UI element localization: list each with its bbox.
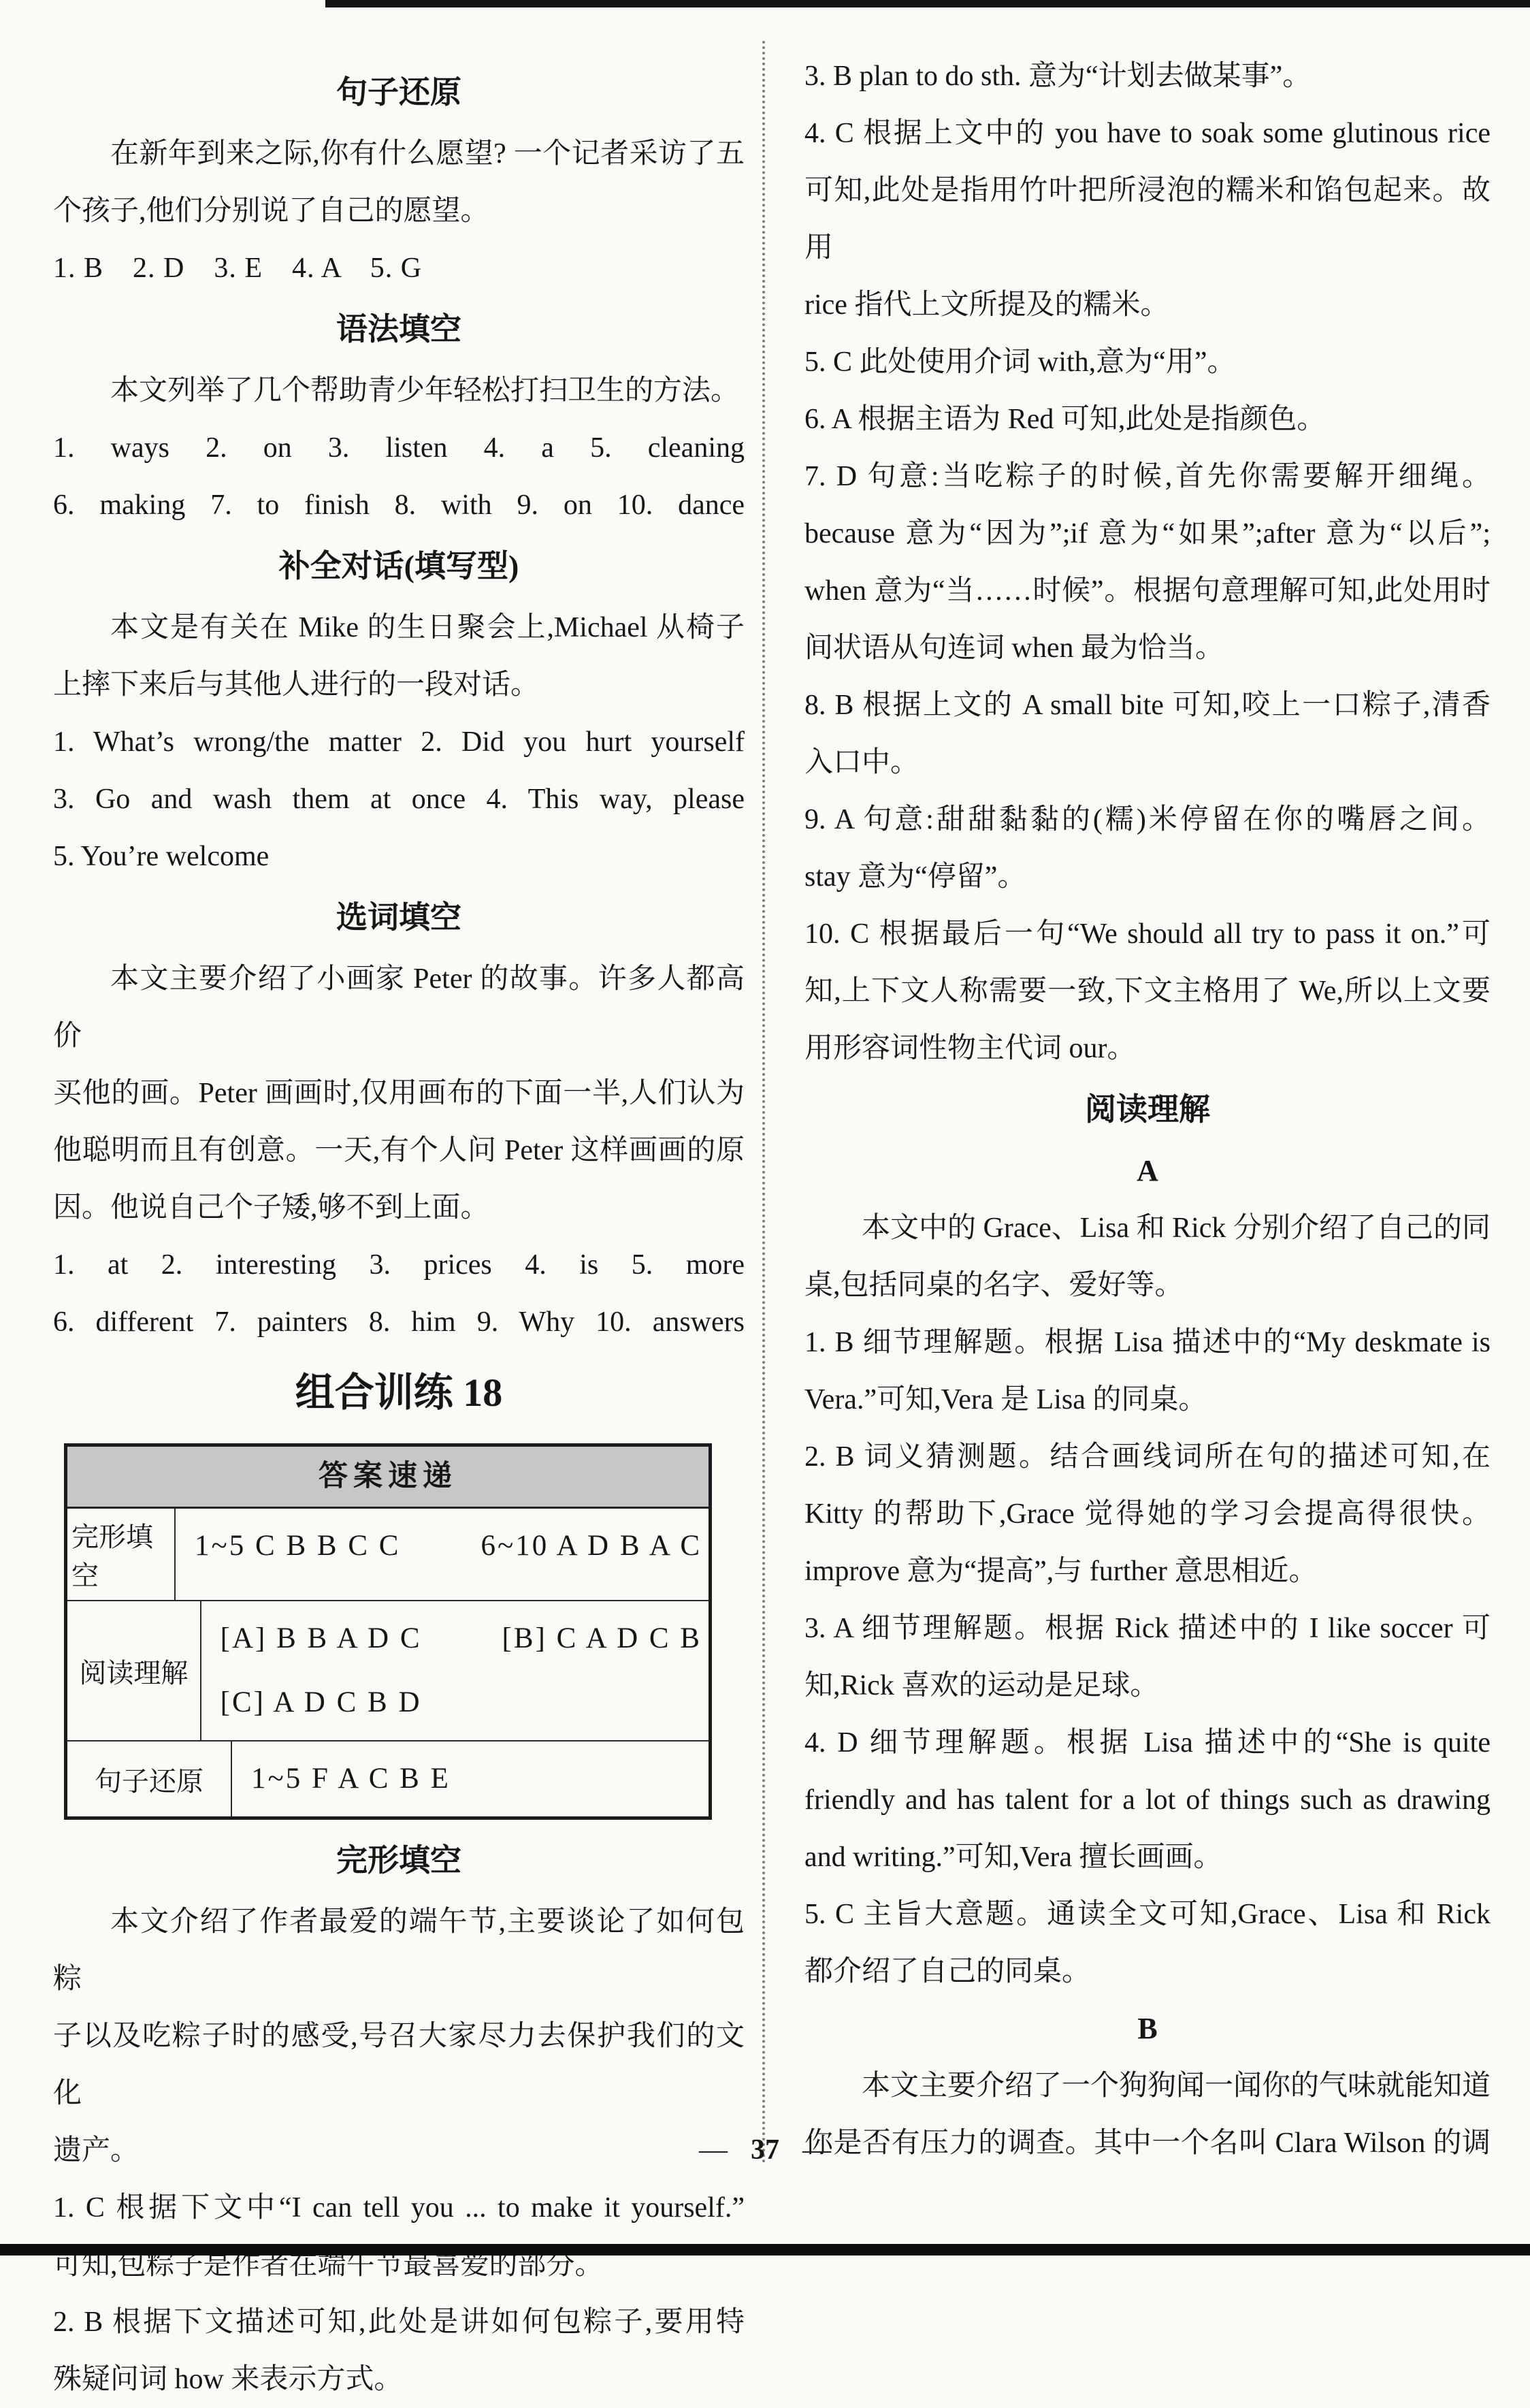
explanation-line: 7. D 句意:当吃粽子的时候,首先你需要解开细绳。 — [804, 448, 1491, 505]
answers-line: 3. Go and wash them at once 4. This way,… — [53, 771, 745, 828]
explanation-line: 知,上下文人称需要一致,下文主格用了 We,所以上文要 — [804, 963, 1491, 1020]
table-row-values: 1~5 F A C B E — [232, 1741, 709, 1816]
summary-line: 他聪明而且有创意。一天,有个人问 Peter 这样画画的原 — [53, 1122, 745, 1179]
answers-line: 1. at 2. interesting 3. prices 4. is 5. … — [53, 1236, 745, 1294]
explanation-line: 6. A 根据主语为 Red 可知,此处是指颜色。 — [804, 391, 1491, 448]
explanation-line: and writing.”可知,Vera 擅长画画。 — [804, 1829, 1491, 1886]
explanation-line: Vera.”可知,Vera 是 Lisa 的同桌。 — [804, 1371, 1491, 1428]
answers-line: 1. ways 2. on 3. listen 4. a 5. cleaning — [53, 419, 745, 477]
explanation-line: 9. A 句意:甜甜黏黏的(糯)米停留在你的嘴唇之间。 — [804, 791, 1491, 848]
passage-a-label: A — [804, 1142, 1491, 1200]
footer-right-dash: — — [802, 2134, 831, 2166]
summary-line: 本文介绍了作者最爱的端午节,主要谈论了如何包粽 — [53, 1893, 745, 2008]
footer-left-dash: — — [699, 2134, 728, 2166]
explanation-line: 入口中。 — [804, 734, 1491, 791]
explanation-line: rice 指代上文所提及的糯米。 — [804, 276, 1491, 334]
explanation-line: because 意为“因为”;if 意为“如果”;after 意为“以后”; — [804, 505, 1491, 562]
table-row-label: 句子还原 — [67, 1741, 232, 1816]
left-column: 句子还原 在新年到来之际,你有什么愿望? 一个记者采访了五 个孩子,他们分别说了… — [53, 60, 745, 2408]
table-row-values: 1~5 C B B C C 6~10 A D B A C — [176, 1509, 709, 1600]
summary-line: 本文中的 Grace、Lisa 和 Rick 分别介绍了自己的同 — [804, 1200, 1491, 1257]
column-divider — [762, 41, 765, 2165]
explanation-line: 5. C 此处使用介词 with,意为“用”。 — [804, 334, 1491, 391]
table-row: 完形填空 1~5 C B B C C 6~10 A D B A C — [67, 1509, 709, 1600]
explanation-line: stay 意为“停留”。 — [804, 848, 1491, 905]
explanation-line: 3. A 细节理解题。根据 Rick 描述中的 I like soccer 可 — [804, 1600, 1491, 1657]
explanation-line: 都介绍了自己的同桌。 — [804, 1943, 1491, 2000]
explanation-line: 2. B 词义猜测题。结合画线词所在句的描述可知,在 — [804, 1428, 1491, 1486]
page-number: 37 — [751, 2134, 779, 2166]
answer-summary-table: 答案速递 完形填空 1~5 C B B C C 6~10 A D B A C 阅… — [64, 1443, 712, 1820]
explanation-line: 2. B 根据下文描述可知,此处是讲如何包粽子,要用特 — [53, 2294, 745, 2351]
answers-line: 6. different 7. painters 8. him 9. Why 1… — [53, 1294, 745, 1351]
answer-group-line: [A] B B A D C [B] C A D C B — [221, 1607, 702, 1671]
table-row-label: 完形填空 — [67, 1509, 176, 1600]
summary-line: 本文主要介绍了小画家 Peter 的故事。许多人都高价 — [53, 950, 745, 1065]
section-heading-cloze: 完形填空 — [53, 1831, 745, 1891]
table-row-label: 阅读理解 — [67, 1601, 201, 1740]
table-row: 阅读理解 [A] B B A D C [B] C A D C B [C] A D… — [67, 1600, 709, 1740]
summary-line: 本文列举了几个帮助青少年轻松打扫卫生的方法。 — [53, 362, 745, 419]
summary-line: 子以及吃粽子时的感受,号召大家尽力去保护我们的文化 — [53, 2008, 745, 2122]
explanation-line: improve 意为“提高”,与 further 意思相近。 — [804, 1543, 1491, 1600]
explanation-line: 用形容词性物主代词 our。 — [804, 1020, 1491, 1077]
answer-group: 1~5 F A C B E — [251, 1747, 451, 1811]
answer-group-line: [C] A D C B D — [221, 1671, 702, 1735]
answers-line: 1. What’s wrong/the matter 2. Did you hu… — [53, 713, 745, 771]
explanation-line: 间状语从句连词 when 最为恰当。 — [804, 620, 1491, 677]
explanation-line: 5. C 主旨大意题。通读全文可知,Grace、Lisa 和 Rick — [804, 1886, 1491, 1943]
explanation-line: 10. C 根据最后一句“We should all try to pass i… — [804, 905, 1491, 963]
explanation-line: friendly and has talent for a lot of thi… — [804, 1771, 1491, 1829]
summary-line: 个孩子,他们分别说了自己的愿望。 — [53, 182, 745, 240]
scan-edge-top — [325, 0, 1530, 7]
explanation-line: 可知,此处是指用竹叶把所浸泡的糯米和馅包起来。故用 — [804, 162, 1491, 276]
answer-group: [A] B B A D C — [221, 1607, 422, 1671]
summary-line: 本文主要介绍了一个狗狗闻一闻你的气味就能知道 — [804, 2057, 1491, 2115]
summary-line: 因。他说自己个子矮,够不到上面。 — [53, 1179, 745, 1236]
section-heading-dialogue: 补全对话(填写型) — [53, 536, 745, 596]
summary-line: 本文是有关在 Mike 的生日聚会上,Michael 从椅子 — [53, 599, 745, 656]
explanation-line: 知,Rick 喜欢的运动是足球。 — [804, 1657, 1491, 1714]
section-heading-word-choice: 选词填空 — [53, 888, 745, 948]
answer-group-line: 1~5 F A C B E — [251, 1747, 702, 1811]
page-footer: —37— — [0, 2130, 1530, 2170]
passage-b-label: B — [804, 2000, 1491, 2057]
explanation-line: 殊疑问词 how 来表示方式。 — [53, 2351, 745, 2408]
explanation-line: Kitty 的帮助下,Grace 觉得她的学习会提高得很快。 — [804, 1486, 1491, 1543]
answer-group: 6~10 A D B A C — [481, 1514, 702, 1578]
explanation-line: 1. C 根据下文中“I can tell you ... to make it… — [53, 2179, 745, 2236]
section-heading-grammar-fill: 语法填空 — [53, 300, 745, 359]
answer-group: [B] C A D C B — [502, 1607, 702, 1671]
section-heading-sentence-restore: 句子还原 — [53, 63, 745, 123]
summary-line: 买他的画。Peter 画画时,仅用画布的下面一半,人们认为 — [53, 1065, 745, 1122]
table-row: 句子还原 1~5 F A C B E — [67, 1740, 709, 1816]
explanation-line: 1. B 细节理解题。根据 Lisa 描述中的“My deskmate is — [804, 1314, 1491, 1371]
answers-line: 1. B 2. D 3. E 4. A 5. G — [53, 240, 745, 297]
answers-line: 5. You’re welcome — [53, 828, 745, 885]
right-column: 3. B plan to do sth. 意为“计划去做某事”。 4. C 根据… — [804, 48, 1491, 2172]
explanation-line: 4. D 细节理解题。根据 Lisa 描述中的“She is quite — [804, 1714, 1491, 1771]
scan-edge-bottom — [0, 2244, 1530, 2256]
answer-group-line: 1~5 C B B C C 6~10 A D B A C — [195, 1514, 702, 1578]
explanation-line: 4. C 根据上文中的 you have to soak some glutin… — [804, 105, 1491, 162]
answer-group: 1~5 C B B C C — [195, 1514, 400, 1578]
answers-line: 6. making 7. to finish 8. with 9. on 10.… — [53, 477, 745, 534]
summary-line: 桌,包括同桌的名字、爱好等。 — [804, 1257, 1491, 1314]
table-title: 答案速递 — [67, 1447, 709, 1509]
training-set-heading: 组合训练 18 — [53, 1355, 745, 1431]
table-row-values: [A] B B A D C [B] C A D C B [C] A D C B … — [201, 1601, 709, 1740]
explanation-line: 3. B plan to do sth. 意为“计划去做某事”。 — [804, 48, 1491, 105]
answer-group: [C] A D C B D — [221, 1671, 422, 1735]
summary-line: 在新年到来之际,你有什么愿望? 一个记者采访了五 — [53, 125, 745, 182]
section-heading-reading: 阅读理解 — [804, 1080, 1491, 1140]
explanation-line: when 意为“当……时候”。根据句意理解可知,此处用时 — [804, 562, 1491, 620]
explanation-line: 8. B 根据上文的 A small bite 可知,咬上一口粽子,清香 — [804, 677, 1491, 734]
summary-line: 上摔下来后与其他人进行的一段对话。 — [53, 656, 745, 713]
